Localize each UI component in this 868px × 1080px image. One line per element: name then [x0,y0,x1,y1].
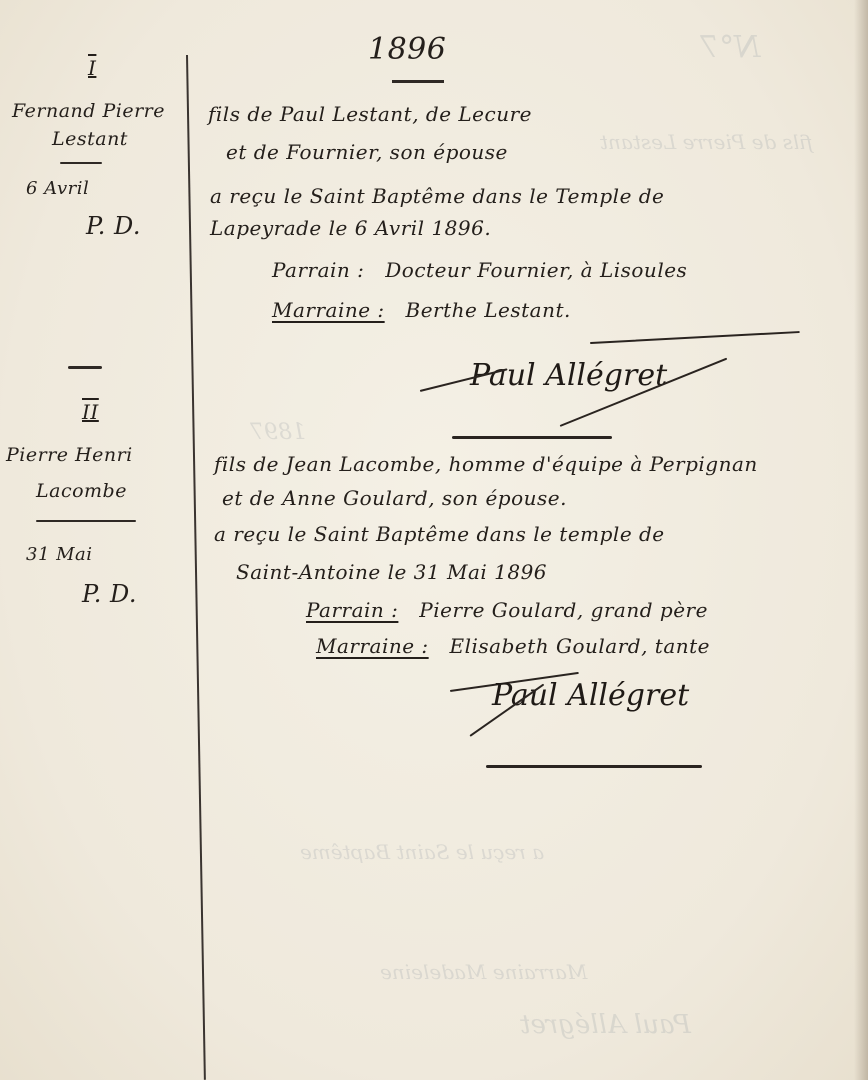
entry-line: et de Fournier, son épouse [226,140,508,164]
pastor-signature: Paul Allégret [470,358,667,393]
bleed-through-mark: a reçu le Saint Baptême [300,840,544,864]
entry-separator [486,765,702,768]
godmother-label: Marraine : [316,634,429,658]
bleed-through-mark: Paul Allégret [520,1010,691,1040]
year-heading: 1896 [368,32,446,67]
officiant-initials: P. D. [86,212,141,240]
godfather-line: Parrain : Pierre Goulard, grand père [306,598,708,622]
godfather-name: Pierre Goulard, grand père [419,598,708,622]
entry-line: Saint-Antoine le 31 Mai 1896 [236,560,547,584]
godfather-line: Parrain : Docteur Fournier, à Lisoules [272,258,687,282]
child-given-names: Pierre Henri [6,444,133,466]
godfather-label: Parrain : [306,598,398,622]
godfather-label: Parrain : [272,258,364,282]
bleed-through-mark: fils de Pierre Lestant [600,130,813,154]
bleed-through-mark: N°7 [700,30,760,65]
margin-flourish [36,520,136,522]
entry-line: a reçu le Saint Baptême dans le temple d… [214,522,665,546]
godmother-name: Elisabeth Goulard, tante [450,634,711,658]
godmother-label: Marraine : [272,298,385,322]
entry-number: I [88,56,96,80]
entry-line: Lapeyrade le 6 Avril 1896. [210,216,491,240]
godmother-line: Marraine : Elisabeth Goulard, tante [316,634,710,658]
signature-flourish [590,331,800,344]
baptism-date: 6 Avril [26,178,89,199]
year-underline [392,80,444,83]
entry-line: fils de Jean Lacombe, homme d'équipe à P… [214,452,758,476]
child-surname: Lacombe [36,480,127,502]
pastor-signature: Paul Allégret [492,678,689,713]
entry-separator [452,436,612,439]
bleed-through-mark: Marraine Madeleine [380,960,587,984]
child-surname: Lestant [52,128,128,150]
ledger-page: N°7 fils de Pierre Lestant 1897 a reçu l… [0,0,868,1080]
margin-flourish [60,162,102,164]
bleed-through-mark: 1897 [250,420,306,445]
margin-vertical-rule [186,55,206,1080]
godfather-name: Docteur Fournier, à Lisoules [385,258,687,282]
margin-separator [68,366,102,369]
entry-line: fils de Paul Lestant, de Lecure [208,102,532,126]
godmother-line: Marraine : Berthe Lestant. [272,298,571,322]
baptism-date: 31 Mai [26,544,93,565]
entry-number: II [82,400,99,424]
page-edge-shadow [854,0,868,1080]
child-given-names: Fernand Pierre [12,100,165,122]
entry-line: et de Anne Goulard, son épouse. [222,486,567,510]
godmother-name: Berthe Lestant. [406,298,571,322]
officiant-initials: P. D. [82,580,137,608]
entry-line: a reçu le Saint Baptême dans le Temple d… [210,184,664,208]
